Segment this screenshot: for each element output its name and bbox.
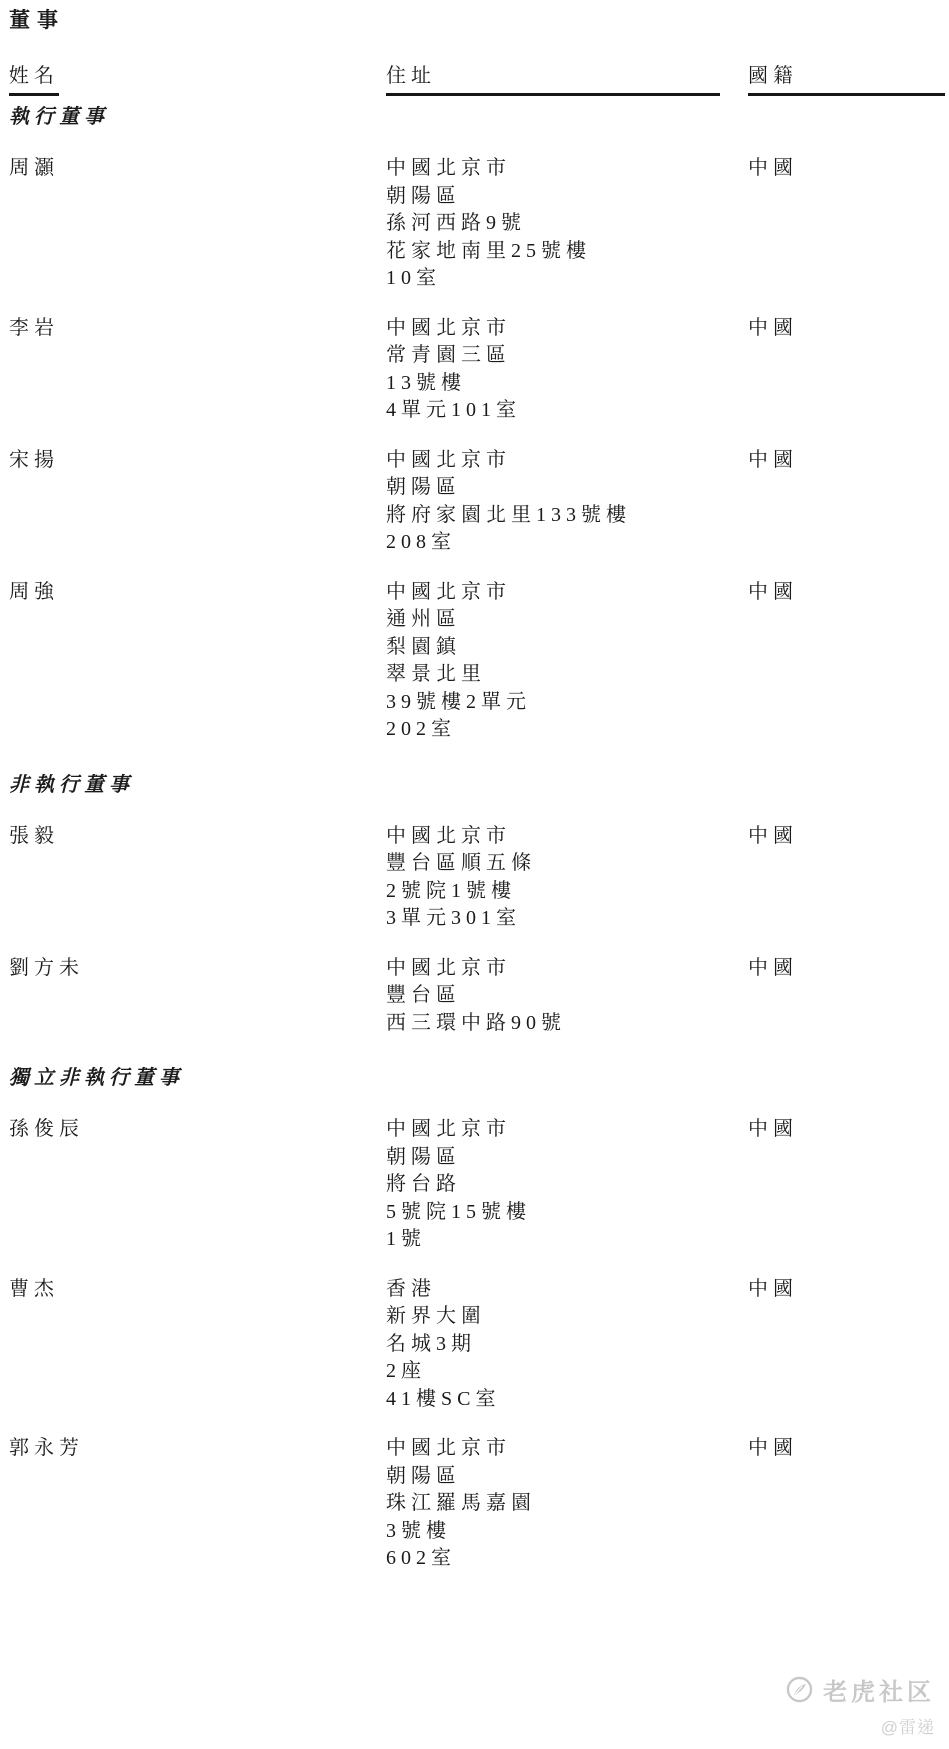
address-line: 朝陽區 <box>386 474 748 502</box>
watermark: 老虎社区 @雷递 <box>786 1672 935 1738</box>
address-line: 中國北京市 <box>386 579 748 607</box>
address-line: 常青園三區 <box>386 342 748 370</box>
director-row: 曹杰 香港新界大圍名城3期2座41樓SC室 中國 <box>9 1276 949 1414</box>
section-heading: 非執行董事 <box>9 772 949 799</box>
address-line: 通州區 <box>386 606 748 634</box>
director-row: 孫俊辰 中國北京市朝陽區將台路5號院15號樓1號 中國 <box>9 1116 949 1254</box>
address-line: 朝陽區 <box>386 1463 748 1491</box>
watermark-brand-text: 老虎社区 <box>823 1672 935 1707</box>
address-line: 4單元101室 <box>386 397 748 425</box>
header-cell-nationality: 國籍 <box>748 64 947 96</box>
director-name: 劉方未 <box>9 955 386 983</box>
directors-table-body: 執行董事 周灝 中國北京市朝陽區孫河西路9號花家地南里25號樓10室 中國 李岩… <box>9 104 949 1573</box>
address-line: 中國北京市 <box>386 155 748 183</box>
director-address: 中國北京市常青園三區13號樓4單元101室 <box>386 315 748 425</box>
address-line: 中國北京市 <box>386 955 748 983</box>
address-line: 41樓SC室 <box>386 1386 748 1414</box>
document-page: 董事 姓名 住址 國籍 執行董事 周灝 中國北京市朝陽區孫河西路9號花家地南里2… <box>0 0 949 1573</box>
table-header-row: 姓名 住址 國籍 <box>9 64 949 96</box>
director-address: 中國北京市朝陽區將台路5號院15號樓1號 <box>386 1116 748 1254</box>
address-line: 豐台區 <box>386 982 748 1010</box>
director-name: 李岩 <box>9 315 386 343</box>
address-line: 602室 <box>386 1545 748 1573</box>
director-name: 孫俊辰 <box>9 1116 386 1144</box>
address-line: 孫河西路9號 <box>386 210 748 238</box>
column-header-name: 姓名 <box>9 64 59 96</box>
address-line: 中國北京市 <box>386 1435 748 1463</box>
section-heading-label: 非執行董事 <box>9 772 386 799</box>
director-row: 周強 中國北京市通州區梨園鎮翠景北里39號樓2單元202室 中國 <box>9 579 949 744</box>
address-line: 2號院1號樓 <box>386 878 748 906</box>
page-title: 董事 <box>9 6 949 34</box>
director-nationality: 中國 <box>748 155 947 183</box>
address-line: 西三環中路90號 <box>386 1010 748 1038</box>
director-row: 張毅 中國北京市豐台區順五條2號院1號樓3單元301室 中國 <box>9 823 949 933</box>
director-address: 中國北京市通州區梨園鎮翠景北里39號樓2單元202室 <box>386 579 748 744</box>
director-name: 周強 <box>9 579 386 607</box>
address-line: 10室 <box>386 265 748 293</box>
address-line: 香港 <box>386 1276 748 1304</box>
address-line: 3號樓 <box>386 1518 748 1546</box>
address-line: 202室 <box>386 716 748 744</box>
address-line: 1號 <box>386 1226 748 1254</box>
address-line: 13號樓 <box>386 370 748 398</box>
director-address: 中國北京市朝陽區將府家園北里133號樓208室 <box>386 447 748 557</box>
watermark-handle-text: @雷递 <box>786 1713 935 1738</box>
director-nationality: 中國 <box>748 579 947 607</box>
director-address: 中國北京市豐台區順五條2號院1號樓3單元301室 <box>386 823 748 933</box>
director-name: 曹杰 <box>9 1276 386 1304</box>
director-nationality: 中國 <box>748 1116 947 1144</box>
address-line: 3單元301室 <box>386 905 748 933</box>
address-line: 朝陽區 <box>386 1144 748 1172</box>
address-line: 中國北京市 <box>386 447 748 475</box>
section-heading-label: 獨立非執行董事 <box>9 1065 386 1092</box>
director-nationality: 中國 <box>748 1435 947 1463</box>
director-row: 宋揚 中國北京市朝陽區將府家園北里133號樓208室 中國 <box>9 447 949 557</box>
address-line: 中國北京市 <box>386 823 748 851</box>
address-line: 中國北京市 <box>386 315 748 343</box>
address-line: 梨園鎮 <box>386 634 748 662</box>
column-header-address: 住址 <box>386 64 720 96</box>
director-address: 香港新界大圍名城3期2座41樓SC室 <box>386 1276 748 1414</box>
address-line: 將台路 <box>386 1171 748 1199</box>
address-line: 豐台區順五條 <box>386 850 748 878</box>
address-line: 花家地南里25號樓 <box>386 238 748 266</box>
director-row: 郭永芳 中國北京市朝陽區珠江羅馬嘉園3號樓602室 中國 <box>9 1435 949 1573</box>
address-line: 將府家園北里133號樓 <box>386 502 748 530</box>
address-line: 中國北京市 <box>386 1116 748 1144</box>
director-address: 中國北京市朝陽區孫河西路9號花家地南里25號樓10室 <box>386 155 748 293</box>
address-line: 翠景北里 <box>386 661 748 689</box>
watermark-brand-row: 老虎社区 <box>786 1672 935 1707</box>
address-line: 2座 <box>386 1358 748 1386</box>
address-line: 朝陽區 <box>386 183 748 211</box>
director-row: 周灝 中國北京市朝陽區孫河西路9號花家地南里25號樓10室 中國 <box>9 155 949 293</box>
section-heading: 執行董事 <box>9 104 949 131</box>
header-cell-name: 姓名 <box>9 64 386 96</box>
director-nationality: 中國 <box>748 823 947 851</box>
director-name: 郭永芳 <box>9 1435 386 1463</box>
address-line: 208室 <box>386 529 748 557</box>
director-nationality: 中國 <box>748 315 947 343</box>
director-name: 周灝 <box>9 155 386 183</box>
column-header-nationality: 國籍 <box>748 64 945 96</box>
director-nationality: 中國 <box>748 955 947 983</box>
director-row: 劉方未 中國北京市豐台區西三環中路90號 中國 <box>9 955 949 1038</box>
tiger-community-logo-icon <box>786 1676 813 1703</box>
section-heading-label: 執行董事 <box>9 104 386 131</box>
address-line: 新界大圍 <box>386 1303 748 1331</box>
director-address: 中國北京市朝陽區珠江羅馬嘉園3號樓602室 <box>386 1435 748 1573</box>
address-line: 名城3期 <box>386 1331 748 1359</box>
director-name: 張毅 <box>9 823 386 851</box>
director-address: 中國北京市豐台區西三環中路90號 <box>386 955 748 1038</box>
director-row: 李岩 中國北京市常青園三區13號樓4單元101室 中國 <box>9 315 949 425</box>
header-cell-address: 住址 <box>386 64 748 96</box>
director-nationality: 中國 <box>748 447 947 475</box>
address-line: 珠江羅馬嘉園 <box>386 1490 748 1518</box>
section-heading: 獨立非執行董事 <box>9 1065 949 1092</box>
director-name: 宋揚 <box>9 447 386 475</box>
address-line: 5號院15號樓 <box>386 1199 748 1227</box>
address-line: 39號樓2單元 <box>386 689 748 717</box>
director-nationality: 中國 <box>748 1276 947 1304</box>
